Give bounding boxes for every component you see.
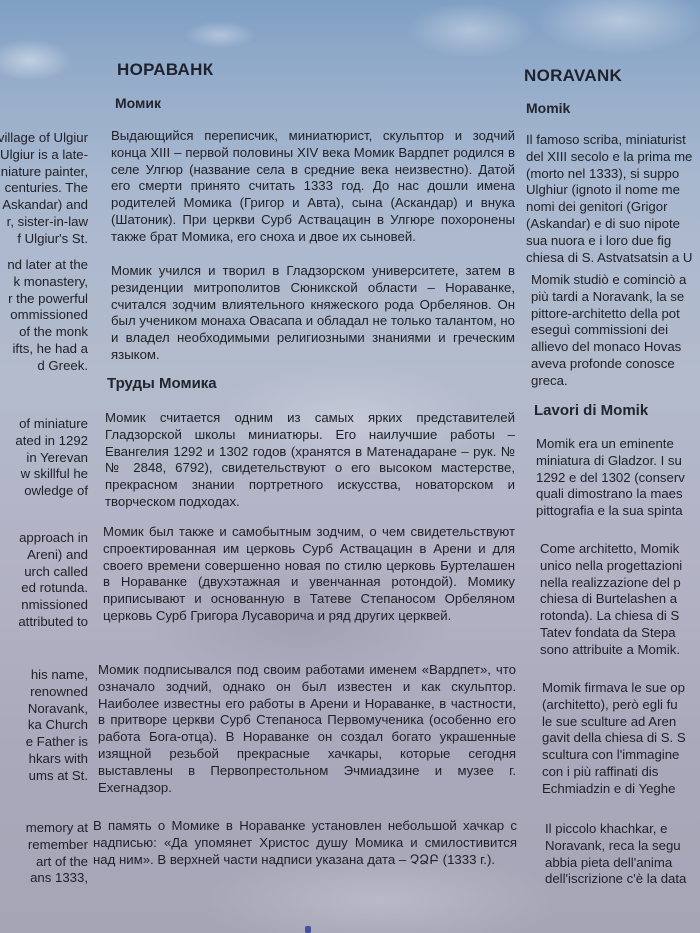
text-line: e Father is <box>0 734 88 751</box>
text-line: pittore-architetto della pot <box>531 306 686 323</box>
italian-title: NORAVANK <box>524 66 622 86</box>
text-line: Noravank, <box>0 701 88 718</box>
text-line: scultura con l'immagine <box>542 747 686 764</box>
text-line: Momik firmava le sue op <box>542 680 686 697</box>
text-line: of miniature <box>0 416 88 433</box>
text-line: w skillful he <box>0 466 88 483</box>
russian-paragraph-2: Момик учился и творил в Гладзорском унив… <box>111 263 515 364</box>
italian-paragraph-1: Il famoso scriba, miniaturistdel XIII se… <box>526 132 692 266</box>
text-line: Askandar) and <box>0 197 88 214</box>
english-paragraph-5: his name,renownedNoravank,ka Churche Fat… <box>0 667 88 785</box>
text-line: unico nella progettazioni <box>540 558 682 575</box>
text-line: Ulgiur is a late- <box>0 147 88 164</box>
text-line: dell'iscrizione c'è la data <box>545 871 686 888</box>
text-line: f Ulgiur's St. <box>0 231 88 248</box>
text-line: r the powerful <box>0 291 88 308</box>
text-line: art of the <box>0 854 88 871</box>
text-line: eseguì commissioni dei <box>531 322 686 339</box>
italian-paragraph-2: Momik studiò e cominciò apiù tardi a Nor… <box>531 272 686 390</box>
text-line: nella realizzazione del p <box>540 575 682 592</box>
italian-section-heading-momik: Momik <box>526 100 570 116</box>
text-line: aveva profonde conosce <box>531 356 686 373</box>
text-line: k monastery, <box>0 274 88 291</box>
text-line: owledge of <box>0 483 88 500</box>
text-line: his name, <box>0 667 88 684</box>
text-line: Come architetto, Momik <box>540 541 682 558</box>
russian-section-heading-works: Труды Момика <box>107 375 217 392</box>
text-line: village of Ulgiur <box>0 130 88 147</box>
text-line: Areni) and <box>0 547 88 564</box>
text-line: nmissioned <box>0 597 88 614</box>
text-line: remember <box>0 837 88 854</box>
text-line: sono attribuite a Momik. <box>540 642 682 659</box>
italian-section-heading-works: Lavori di Momik <box>534 402 648 419</box>
russian-paragraph-1: Выдающийся переписчик, миниатюрист, скул… <box>111 128 515 246</box>
text-line: Il piccolo khachkar, e <box>545 821 686 838</box>
text-line: (Askandar) e di suo nipote <box>526 216 692 233</box>
text-line: niature painter, <box>0 164 88 181</box>
text-line: ed rotunda. <box>0 580 88 597</box>
text-line: attributed to <box>0 614 88 631</box>
text-line: pittografia e la sua spinta <box>536 503 685 520</box>
english-paragraph-6: memory atrememberart of theans 1333, <box>0 820 88 887</box>
text-line: approach in <box>0 530 88 547</box>
text-line: in Yerevan <box>0 450 88 467</box>
russian-paragraph-5: Момик подписывался под своим работами им… <box>98 662 516 796</box>
text-line: greca. <box>531 373 686 390</box>
text-line: Tatev fondata da Stepa <box>540 625 682 642</box>
russian-paragraph-4: Момик был также и самобытным зодчим, о ч… <box>103 524 515 625</box>
text-line: urch called <box>0 564 88 581</box>
english-paragraph-3: of miniatureated in 1292in Yerevanw skil… <box>0 416 88 500</box>
text-line: r, sister-in-law <box>0 214 88 231</box>
text-line: nd later at the <box>0 257 88 274</box>
text-line: ifts, he had a <box>0 341 88 358</box>
english-paragraph-1: village of UlgiurUlgiur is a late-niatur… <box>0 130 88 248</box>
italian-paragraph-6: Il piccolo khachkar, eNoravank, reca la … <box>545 821 686 888</box>
text-line: abbia pieta dell'anima <box>545 855 686 872</box>
text-line: Il famoso scriba, miniaturist <box>526 132 692 149</box>
text-line: (architetto), però egli fu <box>542 697 686 714</box>
text-line: ka Church <box>0 717 88 734</box>
text-line: (morto nel 1333), si suppo <box>526 166 692 183</box>
russian-paragraph-3: Момик считается одним из самых ярких пре… <box>105 410 515 511</box>
text-line: memory at <box>0 820 88 837</box>
text-line: allievo del monaco Hovas <box>531 339 686 356</box>
text-line: nomi dei genitori (Grigor <box>526 199 692 216</box>
text-line: Momik studiò e cominciò a <box>531 272 686 289</box>
english-paragraph-2: nd later at thek monastery,r the powerfu… <box>0 257 88 375</box>
text-line: ommissioned <box>0 307 88 324</box>
text-line: 1292 e del 1302 (conserv <box>536 470 685 487</box>
text-line: Echmiadzin e di Yeghe <box>542 781 686 798</box>
italian-paragraph-4: Come architetto, Momikunico nella proget… <box>540 541 682 659</box>
text-line: of the monk <box>0 324 88 341</box>
italian-paragraph-3: Momik era un eminenteminiatura di Gladzo… <box>536 436 685 520</box>
text-line: più tardi a Noravank, la se <box>531 289 686 306</box>
text-line: hkars with <box>0 751 88 768</box>
text-line: del XIII secolo e la prima me <box>526 149 692 166</box>
russian-title: НОРАВАНК <box>117 60 213 80</box>
text-line: centuries. The <box>0 180 88 197</box>
text-line: chiesa di Burtelashen a <box>540 591 682 608</box>
text-line: con i più raffinati dis <box>542 764 686 781</box>
russian-section-heading-momik: Момик <box>115 95 161 111</box>
text-line: ums at St. <box>0 768 88 785</box>
text-line: renowned <box>0 684 88 701</box>
text-line: ated in 1292 <box>0 433 88 450</box>
text-line: chiesa di S. Astvatsatsin a U <box>526 250 692 267</box>
russian-paragraph-6: В память о Момике в Нораванке установлен… <box>93 818 517 868</box>
decorative-mark <box>305 926 311 933</box>
text-line: rotonda). La chiesa di S <box>540 608 682 625</box>
english-paragraph-4: approach inAreni) andurch calleded rotun… <box>0 530 88 631</box>
text-line: miniatura di Gladzor. I su <box>536 453 685 470</box>
text-line: quali dimostrano la maes <box>536 486 685 503</box>
text-line: le sue sculture ad Aren <box>542 714 686 731</box>
text-line: Momik era un eminente <box>536 436 685 453</box>
italian-paragraph-5: Momik firmava le sue op(architetto), per… <box>542 680 686 798</box>
text-line: Noravank, reca la segu <box>545 838 686 855</box>
text-line: sua nuora e i loro due fig <box>526 233 692 250</box>
text-line: Ulghiur (ignoto il nome me <box>526 182 692 199</box>
text-line: d Greek. <box>0 358 88 375</box>
text-line: ans 1333, <box>0 870 88 887</box>
text-line: gavit della chiesa di S. S <box>542 730 686 747</box>
